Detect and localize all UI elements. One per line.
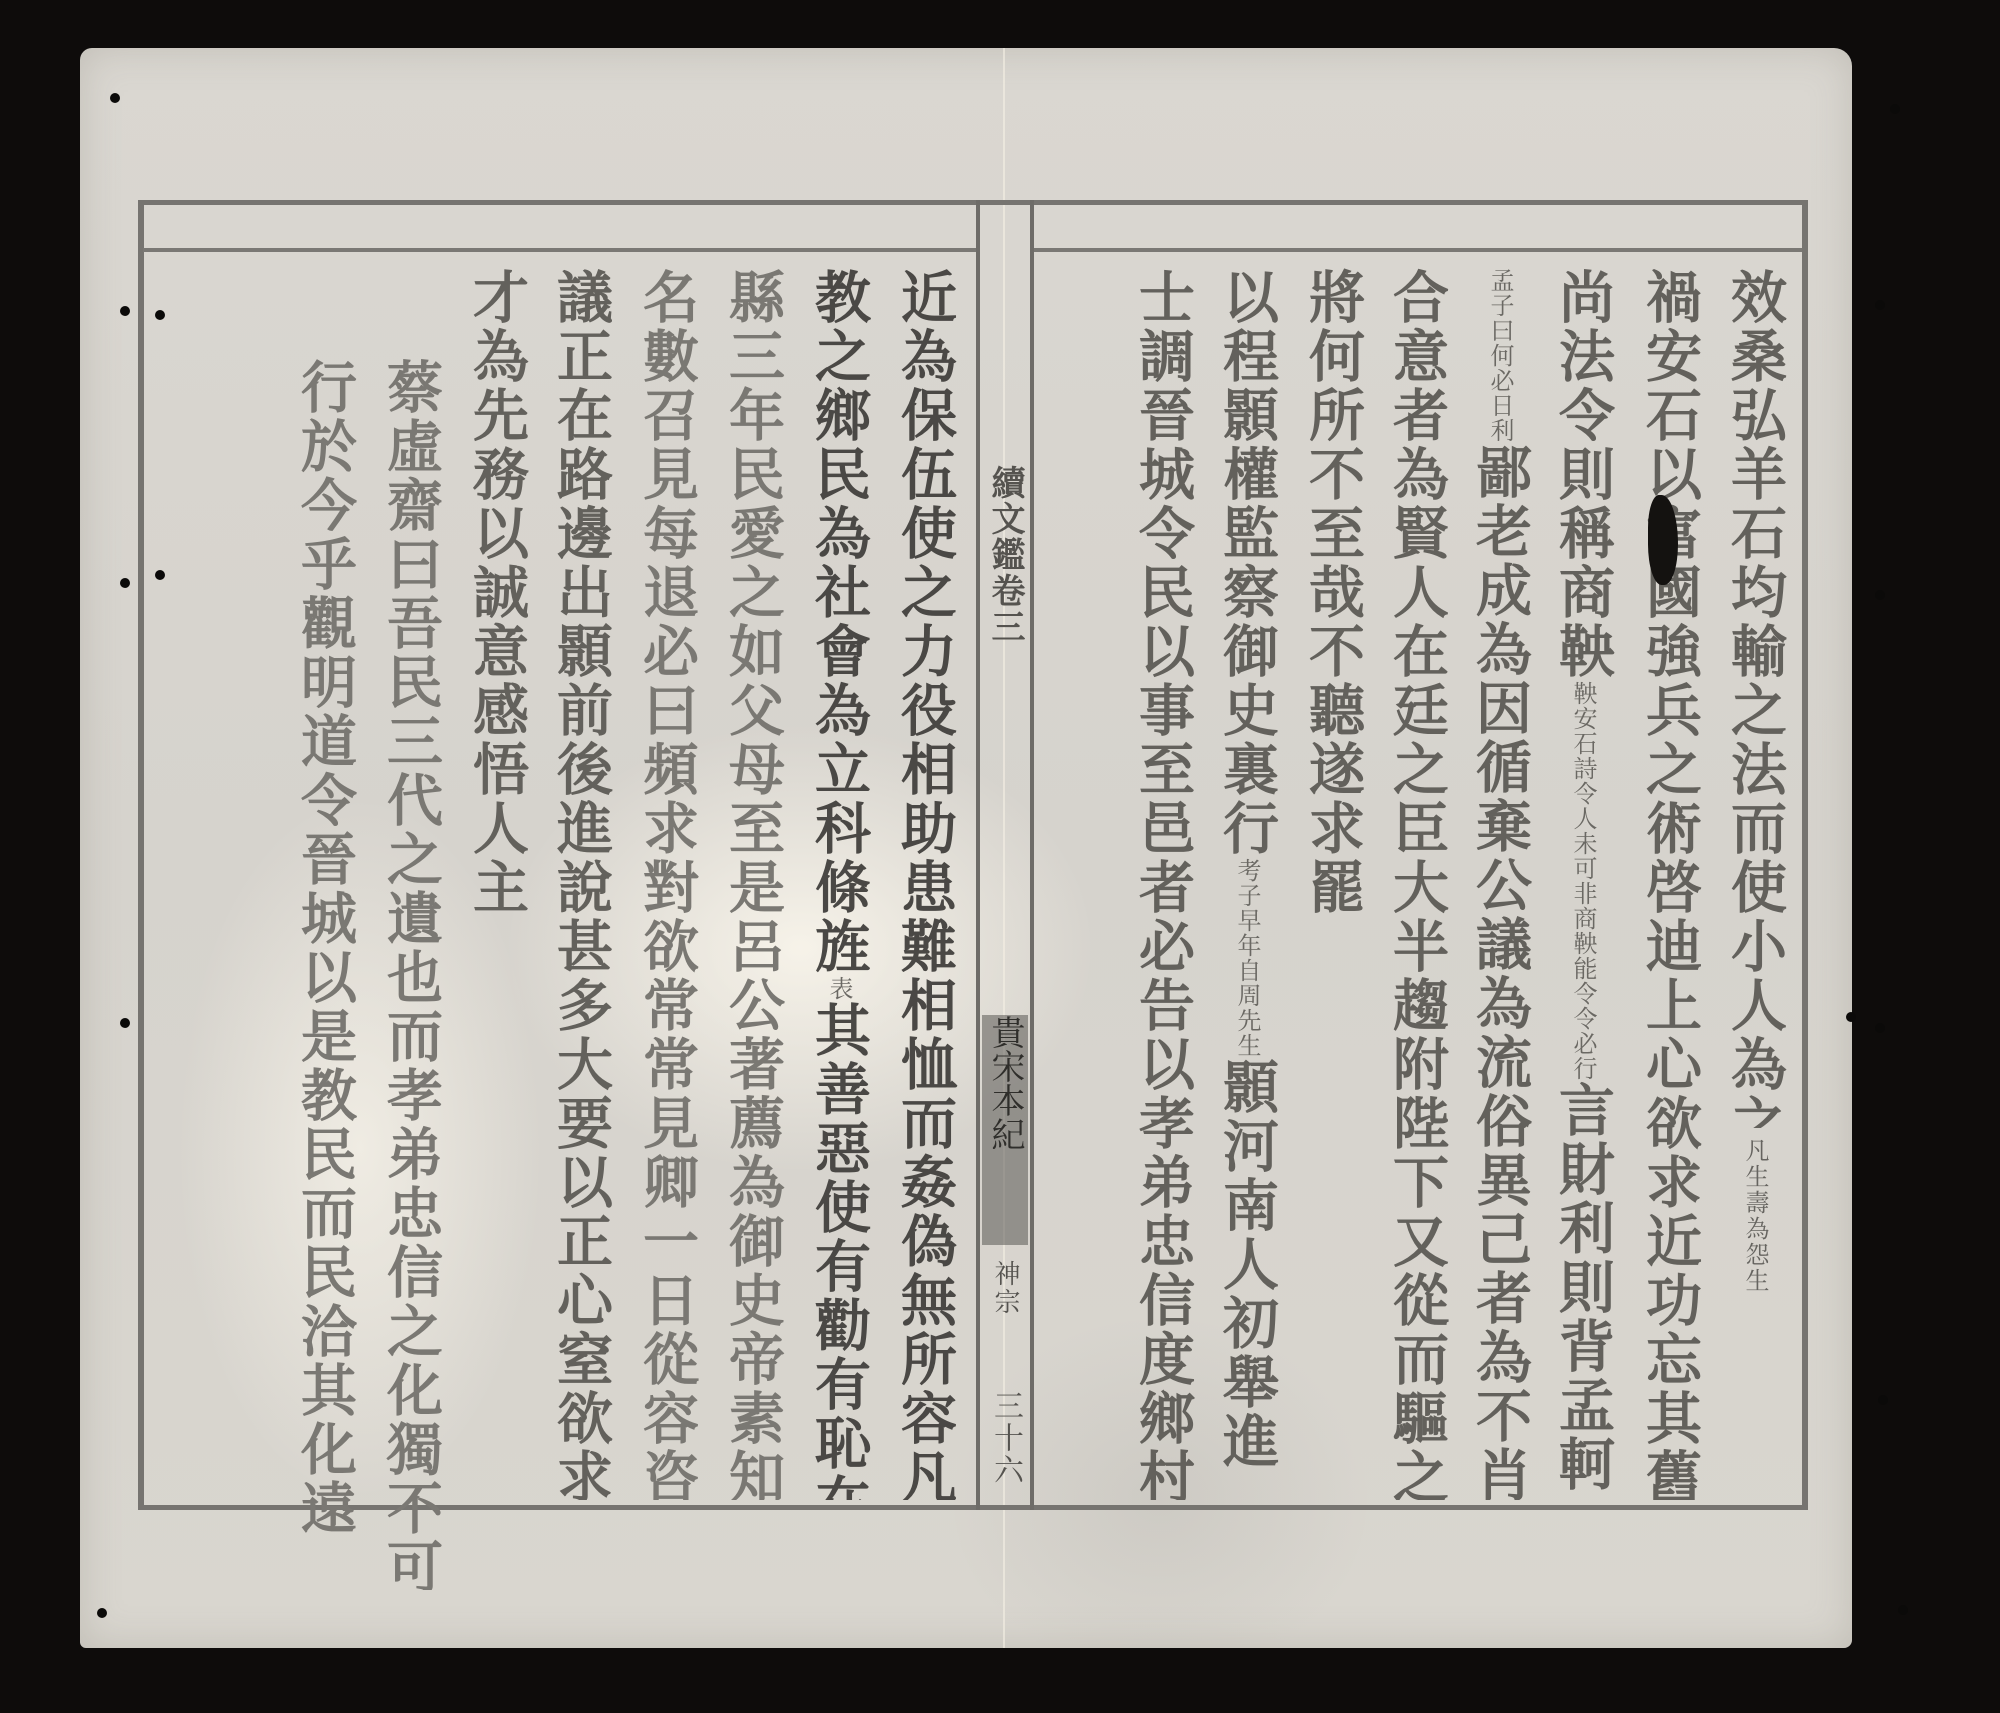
text-column-l8: 行於今乎觀明道令晉城以是教民而民洽其化遠: [290, 358, 360, 1590]
text-column-r6: 將何所不至哉不聽遂求罷: [1298, 268, 1368, 1500]
binding-hole: [1890, 104, 1900, 114]
column-text-continued: 其善惡使有勸有恥在: [806, 1001, 872, 1500]
text-column-l3: 縣三年民愛之如父母至是呂公著薦為御史帝素知其: [718, 268, 788, 1500]
binding-hole: [97, 1608, 107, 1618]
inline-annotation: 考子早年自周先生: [1233, 858, 1261, 1058]
binding-hole: [1875, 300, 1885, 310]
interlinear-annotation-r1: 凡生壽為怨生: [1740, 1138, 1770, 1488]
text-column-r8: 士調晉城令民以事至邑者必告以孝弟忠信度鄉村遠: [1128, 268, 1198, 1500]
column-text: 鄙老成為因循棄公議為流俗異己者為不肖: [1467, 443, 1533, 1500]
inline-annotation: 表: [825, 976, 853, 1001]
column-text: 教之鄉民為社會為立科條旌: [806, 268, 872, 976]
text-columns: 效桑弘羊石均輸之法而使小人為之搭吉 凡生壽為怨生 禍安石以富國強兵之術啓迪上心欲…: [150, 268, 1800, 1500]
column-text: 行於今乎觀明道令晉城以是教民而民洽其化遠: [292, 358, 358, 1538]
column-text: 名數召見每退必曰頻求對欲常常見卿一日從容咨訪: [634, 268, 700, 1500]
binding-hole: [1875, 1023, 1885, 1033]
column-text: 才為先務以誠意感悟人主: [464, 268, 530, 917]
inline-annotation: 鞅安石詩令人未可非商鞅能令令必行: [1569, 681, 1597, 1081]
text-column-r7: 以程顥權監察御史裏行考子早年自周先生顥河南人初舉進: [1212, 268, 1282, 1500]
binding-hole: [120, 578, 130, 588]
column-text: 禍安石以富國強兵之術啓迪上心欲求近功忘其舊學: [1637, 268, 1703, 1500]
text-column-l7: 蔡虛齋曰吾民三代之遺也而孝弟忠信之化獨不可: [376, 358, 446, 1590]
text-column-r5: 合意者為賢人在廷之臣大半趨附陛下又從而驅之其: [1382, 268, 1452, 1500]
column-text: 蔡虛齋曰吾民三代之遺也而孝弟忠信之化獨不可: [378, 358, 444, 1590]
text-column-r4: 孟子曰何必日利鄙老成為因循棄公議為流俗異己者為不肖: [1465, 268, 1535, 1500]
binding-hole: [110, 93, 120, 103]
column-text: 縣三年民愛之如父母至是呂公著薦為御史帝素知其: [720, 268, 786, 1500]
column-text: 以程顥權監察御史裏行: [1214, 268, 1280, 858]
text-column-l2: 教之鄉民為社會為立科條旌表其善惡使有勸有恥在: [804, 268, 874, 1500]
column-text-continued: 顥河南人初舉進: [1214, 1058, 1280, 1471]
top-band-rule-left: [143, 248, 978, 252]
text-column-l5: 議正在路邊出顥前後進說甚多大要以正心窒欲求賢育: [546, 268, 616, 1500]
top-band-rule-right: [1032, 248, 1802, 252]
text-column-l1: 近為保伍使之力役相助患難相恤而姦偽無所容凡孤: [890, 268, 960, 1500]
binding-hole: [1898, 1605, 1908, 1615]
binding-hole: [1846, 1012, 1856, 1022]
column-text: 合意者為賢人在廷之臣大半趨附陛下又從而驅之其: [1384, 268, 1450, 1500]
binding-hole: [120, 306, 130, 316]
binding-hole: [155, 310, 165, 320]
column-text: 議正在路邊出顥前後進說甚多大要以正心窒欲求賢育: [548, 268, 614, 1500]
binding-hole: [155, 570, 165, 580]
column-text: 近為保伍使之力役相助患難相恤而姦偽無所容凡孤: [892, 268, 958, 1500]
column-text: 將何所不至哉不聽遂求罷: [1300, 268, 1366, 917]
text-column-r2: 禍安石以富國強兵之術啓迪上心欲求近功忘其舊學: [1635, 268, 1705, 1500]
column-text: 士調晉城令民以事至邑者必告以孝弟忠信度鄉村遠: [1130, 268, 1196, 1500]
binding-hole: [120, 1018, 130, 1028]
column-text: 尚法令則稱商鞅: [1550, 268, 1616, 681]
text-column-r3: 尚法令則稱商鞅鞅安石詩令人未可非商鞅能令令必行言財利則背孟軻: [1548, 268, 1618, 1500]
text-column-l6: 才為先務以誠意感悟人主: [462, 268, 532, 1500]
column-text: 效桑弘羊石均輸之法而使小人為之搭吉: [1722, 268, 1788, 1128]
text-column-r1: 效桑弘羊石均輸之法而使小人為之搭吉: [1720, 268, 1790, 1128]
lead-annotation: 孟子曰何必日利: [1486, 268, 1514, 443]
binding-hole: [1878, 1395, 1888, 1405]
binding-hole: [1875, 590, 1885, 600]
column-text-continued: 言財利則背孟軻: [1550, 1081, 1616, 1494]
text-column-l4: 名數召見每退必曰頻求對欲常常見卿一日從容咨訪: [632, 268, 702, 1500]
